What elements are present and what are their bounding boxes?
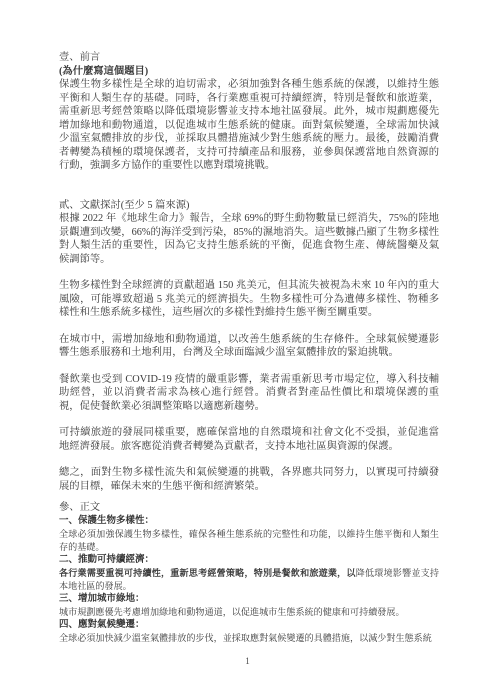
item-1-body: 全球必須加強保護生物多樣性，確保各種生態系統的完整性和功能，以維持生態平衡和人類… <box>59 528 439 554</box>
page-number: 1 <box>0 656 495 666</box>
preface-subheading: (為什麼寫這個題目) <box>59 65 439 79</box>
literature-paragraph-1: 根據 2022 年《地球生命力》報告，全球 69%的野生動物數量已經消失，75%… <box>59 212 439 266</box>
document-content: 壹、前言 (為什麼寫這個題目) 保護生物多樣性是全球的迫切需求，必須加強對各種生… <box>59 51 439 645</box>
main-text-heading: 參、正文 <box>59 501 439 515</box>
main-text-item-1: 一、保護生物多樣性： 全球必須加強保護生物多樣性，確保各種生態系統的完整性和功能… <box>59 515 439 554</box>
literature-review-section: 貳、文獻探討(至少 5 篇來源) 根據 2022 年《地球生命力》報告，全球 6… <box>59 199 439 494</box>
main-text-item-2: 二、推動可持續經濟： 各行業需要重視可持續性，重新思考經營策略，特別是餐飲和旅遊… <box>59 554 439 593</box>
literature-paragraph-2: 生物多樣性對全球經濟的貢獻超過 150 兆美元，但其流失被視為未來 10 年內的… <box>59 279 439 320</box>
item-3-body-text: 城市規劃應優先考慮增加綠地和動物通道，以促進城市生態系統的健康和可持續發展。 <box>59 607 405 617</box>
item-1-title: 一、保護生物多樣性： <box>59 515 439 528</box>
literature-review-heading: 貳、文獻探討(至少 5 篇來源) <box>59 199 439 213</box>
item-1-body-text: 全球必須加強保護生物多樣性，確保各種生態系統的完整性和功能，以維持生態平衡和人類… <box>59 529 439 552</box>
literature-paragraph-5: 可持續旅遊的發展同樣重要，應確保當地的自然環境和社會文化不受損，並促進當地經濟發… <box>59 426 439 453</box>
item-3-body: 城市規劃應優先考慮增加綠地和動物通道，以促進城市生態系統的健康和可持續發展。 <box>59 606 439 619</box>
item-4-body-text: 全球必須加快減少溫室氣體排放的步伐，並採取應對氣候變遷的具體措施，以減少對生態系… <box>59 633 432 643</box>
item-2-body-bold: 各行業需要重視可持續性，重新思考經營策略，特別是餐飲和旅遊業，以 <box>59 568 356 578</box>
item-4-body: 全球必須加快減少溫室氣體排放的步伐，並採取應對氣候變遷的具體措施，以減少對生態系… <box>59 632 439 645</box>
literature-paragraph-6: 總之，面對生物多樣性流失和氣候變遷的挑戰，各界應共同努力，以實現可持續發展的目標… <box>59 466 439 493</box>
preface-heading: 壹、前言 <box>59 51 439 65</box>
document-page: 壹、前言 (為什麼寫這個題目) 保護生物多樣性是全球的迫切需求，必須加強對各種生… <box>0 0 495 700</box>
preface-paragraph: 保護生物多樣性是全球的迫切需求，必須加強對各種生態系統的保護，以維持生態平衡和人… <box>59 78 439 173</box>
main-text-item-4: 四、應對氣候變遷： 全球必須加快減少溫室氣體排放的步伐，並採取應對氣候變遷的具體… <box>59 619 439 645</box>
main-text-item-3: 三、增加城市綠地： 城市規劃應優先考慮增加綠地和動物通道，以促進城市生態系統的健… <box>59 593 439 619</box>
literature-paragraph-3: 在城市中，需增加綠地和動物通道，以改善生態系統的生存條件。全球氣候變遷影響生態系… <box>59 333 439 360</box>
item-4-title: 四、應對氣候變遷： <box>59 619 439 632</box>
literature-paragraph-4: 餐飲業也受到 COVID-19 疫情的嚴重影響，業者需重新思考市場定位，導入科技… <box>59 373 439 414</box>
main-text-section: 參、正文 一、保護生物多樣性： 全球必須加強保護生物多樣性，確保各種生態系統的完… <box>59 501 439 645</box>
item-2-title: 二、推動可持續經濟： <box>59 554 439 567</box>
item-3-title: 三、增加城市綠地： <box>59 593 439 606</box>
item-2-body: 各行業需要重視可持續性，重新思考經營策略，特別是餐飲和旅遊業，以降低環境影響並支… <box>59 567 439 593</box>
